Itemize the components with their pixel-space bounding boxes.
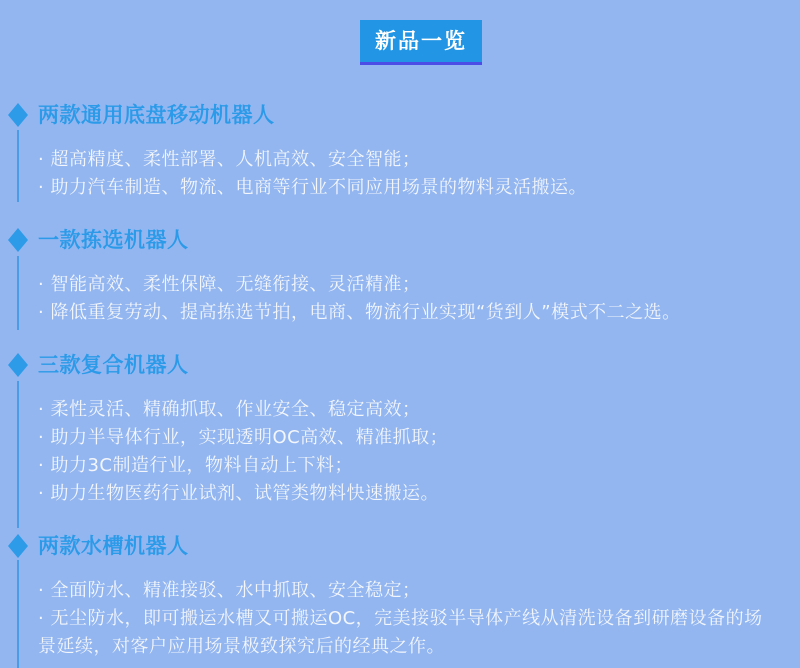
section-point: · 智能高效、柔性保障、无缝衔接、灵活精准；	[38, 271, 773, 299]
section-point: · 降低重复劳动、提高拣选节拍，电商、物流行业实现“货到人”模式不二之选。	[38, 299, 773, 327]
section-title: 两款水槽机器人	[38, 533, 189, 559]
section-picking-robot: 一款拣选机器人 · 智能高效、柔性保障、无缝衔接、灵活精准； · 降低重复劳动、…	[38, 227, 773, 327]
section-point: · 助力半导体行业，实现透明OC高效、精准抓取；	[38, 424, 773, 452]
section-sink-robots: 两款水槽机器人 · 全面防水、精准接驳、水中抓取、安全稳定； · 无尘防水，即可…	[38, 533, 773, 661]
timeline-segment	[17, 381, 19, 528]
title-badge: 新品一览	[360, 20, 482, 65]
timeline-segment	[17, 560, 19, 668]
section-heading-row: 两款通用底盘移动机器人	[38, 102, 773, 128]
section-composite-robots: 三款复合机器人 · 柔性灵活、精确抓取、作业安全、稳定高效； · 助力半导体行业…	[38, 352, 773, 508]
diamond-bullet-icon	[8, 228, 28, 252]
section-point: · 全面防水、精准接驳、水中抓取、安全稳定；	[38, 577, 773, 605]
section-point: · 助力生物医药行业试剂、试管类物料快速搬运。	[38, 480, 773, 508]
diamond-bullet-icon	[8, 534, 28, 558]
timeline-segment	[17, 256, 19, 330]
section-point: · 助力3C制造行业，物料自动上下料；	[38, 452, 773, 480]
section-points: · 柔性灵活、精确抓取、作业安全、稳定高效； · 助力半导体行业，实现透明OC高…	[38, 396, 773, 508]
section-title: 两款通用底盘移动机器人	[38, 102, 275, 128]
diamond-bullet-icon	[8, 103, 28, 127]
sections-container: 两款通用底盘移动机器人 · 超高精度、柔性部署、人机高效、安全智能； · 助力汽…	[38, 102, 773, 661]
section-points: · 智能高效、柔性保障、无缝衔接、灵活精准； · 降低重复劳动、提高拣选节拍，电…	[38, 271, 773, 327]
section-title: 三款复合机器人	[38, 352, 189, 378]
diamond-bullet-icon	[8, 353, 28, 377]
section-heading-row: 两款水槽机器人	[38, 533, 773, 559]
section-heading-row: 三款复合机器人	[38, 352, 773, 378]
section-point: · 超高精度、柔性部署、人机高效、安全智能；	[38, 146, 773, 174]
section-points: · 超高精度、柔性部署、人机高效、安全智能； · 助力汽车制造、物流、电商等行业…	[38, 146, 773, 202]
section-title: 一款拣选机器人	[38, 227, 189, 253]
section-points: · 全面防水、精准接驳、水中抓取、安全稳定； · 无尘防水，即可搬运水槽又可搬运…	[38, 577, 773, 661]
section-point: · 无尘防水，即可搬运水槽又可搬运OC，完美接驳半导体产线从清洗设备到研磨设备的…	[38, 605, 773, 661]
section-point: · 柔性灵活、精确抓取、作业安全、稳定高效；	[38, 396, 773, 424]
section-heading-row: 一款拣选机器人	[38, 227, 773, 253]
section-point: · 助力汽车制造、物流、电商等行业不同应用场景的物料灵活搬运。	[38, 174, 773, 202]
section-mobile-robots: 两款通用底盘移动机器人 · 超高精度、柔性部署、人机高效、安全智能； · 助力汽…	[38, 102, 773, 202]
new-products-page: 新品一览 两款通用底盘移动机器人 · 超高精度、柔性部署、人机高效、安全智能； …	[0, 0, 800, 668]
timeline-segment	[17, 130, 19, 202]
